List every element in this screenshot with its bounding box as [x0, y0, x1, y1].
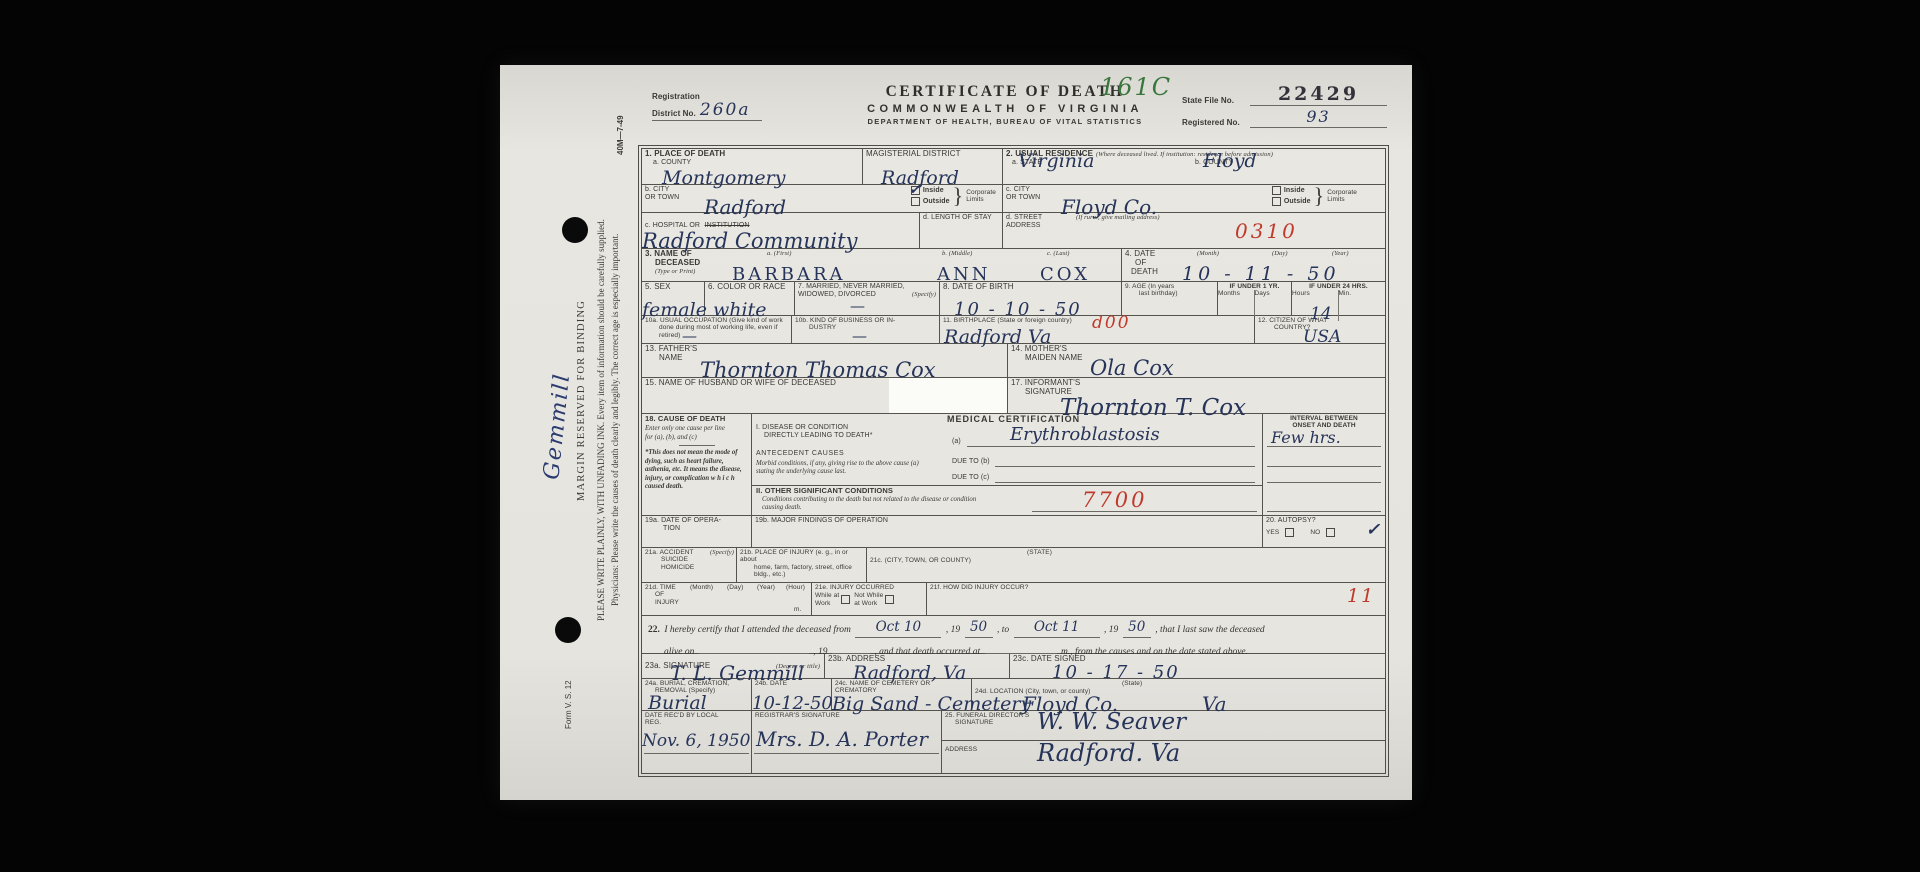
- spouse-cell: 15. NAME OF HUSBAND OR WIFE OF DECEASED: [642, 378, 1008, 413]
- registrar-label: REGISTRAR'S SIGNATURE: [755, 712, 938, 719]
- mother-name-cell: 14. MOTHER'S MAIDEN NAME Ola Cox: [1008, 344, 1385, 377]
- death-certificate-document: 40M—7-49 MARGIN RESERVED FOR BINDING PLE…: [500, 65, 1412, 800]
- limits-label: Limits: [966, 196, 996, 203]
- how-injury-cell: 21f. HOW DID INJURY OCCUR? 11: [927, 583, 1385, 615]
- cause-a-label: (a): [952, 438, 961, 446]
- commonwealth-subtitle: COMMONWEALTH OF VIRGINIA: [790, 103, 1220, 115]
- age-under-24hrs-cell: IF UNDER 24 HRS. Hours Min. 14: [1292, 282, 1385, 315]
- certify-text3: , to: [997, 625, 1009, 635]
- usual-residence-cell: 2. USUAL RESIDENCE (Where deceased lived…: [1003, 149, 1385, 184]
- row-accident: 21a. ACCIDENT SUICIDE HOMICIDE (Specify)…: [642, 548, 1385, 583]
- interval-line4: [1267, 511, 1381, 512]
- age-label2: last birthday): [1139, 290, 1214, 297]
- checkbox-while-at-work: [841, 595, 850, 604]
- injury-hour-label: (Hour): [786, 584, 805, 591]
- dod-year-label: (Year): [1332, 250, 1349, 257]
- margin-binding-note: MARGIN RESERVED FOR BINDING: [576, 185, 587, 615]
- length-of-stay-label: d. LENGTH OF STAY: [923, 214, 999, 222]
- injury-city-label: 21c. (CITY, TOWN, OR COUNTY): [870, 557, 971, 564]
- row-spouse-informant: 15. NAME OF HUSBAND OR WIFE OF DECEASED …: [642, 378, 1385, 414]
- burial-date-label: 24b. DATE: [755, 680, 828, 687]
- occupation-value: —: [682, 327, 697, 345]
- funeral-director-value: W. W. Seaver: [1037, 711, 1186, 734]
- autopsy-cell: 20. AUTOPSY? YES NO ✓: [1263, 516, 1385, 547]
- place-of-injury-cell: 21b. PLACE OF INJURY (e. g., in or about…: [737, 548, 867, 582]
- hospital-struck-word: INSTITUTION: [705, 222, 750, 229]
- name-of-deceased-cell: 3. NAME OF DECEASED (Type or Print) a. (…: [642, 249, 1122, 281]
- mother-label2: MAIDEN NAME: [1025, 354, 1382, 363]
- marital-label1: 7. MARRIED, NEVER MARRIED,: [798, 283, 936, 291]
- cause-note1: Enter only one cause per line: [645, 425, 748, 433]
- certify-text5: , that I last saw the deceased: [1155, 625, 1265, 635]
- color-race-label: 6. COLOR OR RACE: [708, 283, 791, 292]
- other-conditions-label: II. OTHER SIGNIFICANT CONDITIONS: [756, 487, 893, 495]
- margin-instruction-line1: PLEASE WRITE PLAINLY, WITH UNFADING INK.…: [596, 120, 606, 720]
- place-of-death-title: 1. PLACE OF DEATH: [645, 150, 859, 159]
- place-of-death-county-cell: 1. PLACE OF DEATH a. COUNTY Montgomery: [642, 149, 863, 184]
- disease-label1: I. DISEASE OR CONDITION: [756, 424, 848, 432]
- row-occupation-birthplace: 10a. USUAL OCCUPATION (Give kind of work…: [642, 316, 1385, 344]
- place-of-injury-label1: 21b. PLACE OF INJURY (e. g., in or about: [740, 549, 863, 564]
- medical-certification-title: MEDICAL CERTIFICATION: [947, 414, 1080, 424]
- birthplace-red-code: d00: [1092, 313, 1131, 333]
- marital-value: —: [850, 297, 865, 315]
- work-label: Work: [815, 600, 839, 607]
- citizen-cell: 12. CITIZEN OF WHAT COUNTRY? USA: [1255, 316, 1385, 343]
- margin-instruction-line2: Physicians: Please write the causes of d…: [610, 120, 620, 720]
- date-signed-cell: 23c. DATE SIGNED 10 - 17 - 50: [1010, 654, 1385, 678]
- time-injury-label2: OF: [655, 591, 679, 598]
- medical-certification-column: MEDICAL CERTIFICATION I. DISEASE OR COND…: [752, 414, 1263, 515]
- block-medical-certification: 18. CAUSE OF DEATH Enter only one cause …: [642, 414, 1385, 516]
- under-24hrs-label: IF UNDER 24 HRS.: [1292, 283, 1385, 290]
- checkbox-not-while-at-work: [885, 595, 894, 604]
- date-of-birth-cell: 8. DATE OF BIRTH 10 - 10 - 50: [940, 282, 1122, 315]
- registration-district-block: Registration District No. 260a: [652, 93, 762, 121]
- interval-value: Few hrs.: [1271, 430, 1341, 446]
- due-to-c-label: DUE TO (c): [952, 474, 989, 482]
- time-injury-label1: 21d. TIME: [645, 584, 679, 591]
- checkbox-autopsy-no: [1326, 528, 1335, 537]
- due-to-c-line: [995, 482, 1255, 483]
- row-burial: 24a. BURIAL, CREMATION, REMOVAL (Specify…: [642, 679, 1385, 711]
- business-label1: 10b. KIND OF BUSINESS OR IN-: [795, 317, 936, 324]
- street-address-note: (If rural, give mailing address): [1076, 214, 1160, 221]
- autopsy-label: 20. AUTOPSY?: [1266, 517, 1382, 525]
- registered-no-value: 93: [1306, 107, 1330, 126]
- burial-label1: 24a. BURIAL, CREMATION,: [645, 680, 748, 687]
- row-sex-race-age: 5. SEX female 6. COLOR OR RACE white 7. …: [642, 282, 1385, 316]
- cause-a-value: Erythroblastosis: [1010, 426, 1160, 444]
- cause-a-line: [967, 446, 1255, 447]
- morbid-note: Morbid conditions, if any, giving rise t…: [756, 460, 928, 477]
- injury-year-label: (Year): [757, 584, 775, 591]
- due-to-b-label: DUE TO (b): [952, 458, 990, 466]
- not-while-label: Not While: [854, 592, 883, 599]
- residence-corporate-limits-group: Inside Outside } Corporate Limits: [1272, 186, 1357, 206]
- age-under-1yr-cell: IF UNDER 1 YR. Months Days: [1218, 282, 1292, 315]
- brace-glyph: }: [953, 186, 964, 206]
- scan-background: 40M—7-49 MARGIN RESERVED FOR BINDING PLE…: [0, 0, 1920, 872]
- funeral-director-cell: 25. FUNERAL DIRECTOR'S SIGNATURE W. W. S…: [942, 711, 1385, 773]
- row-name-dod: 3. NAME OF DECEASED (Type or Print) a. (…: [642, 249, 1385, 282]
- injury-city-cell: 21c. (CITY, TOWN, OR COUNTY) (STATE): [867, 548, 1385, 582]
- middle-name-label: b. (Middle): [942, 250, 972, 257]
- outside-label: Outside: [923, 198, 950, 206]
- other-conditions-line: [1032, 511, 1257, 512]
- due-to-b-line: [995, 466, 1255, 467]
- county-label: a. COUNTY: [653, 159, 859, 167]
- first-name-label: a. (First): [767, 250, 791, 257]
- physician-address-cell: 23b. ADDRESS Radford, Va: [825, 654, 1010, 678]
- birthplace-cell: 11. BIRTHPLACE (State or foreign country…: [940, 316, 1255, 343]
- row-parents: 13. FATHER'S NAME Thornton Thomas Cox 14…: [642, 344, 1385, 378]
- certify-text2: , 19: [946, 625, 960, 635]
- attended-to-value: Oct 11: [1034, 619, 1080, 635]
- cause-note2: for (a), (b), and (c): [645, 434, 748, 442]
- antecedent-label: ANTECEDENT CAUSES: [756, 450, 844, 458]
- hospital-label: c. HOSPITAL OR: [645, 222, 700, 229]
- dod-day-label: (Day): [1272, 250, 1288, 257]
- row-place-residence: 1. PLACE OF DEATH a. COUNTY Montgomery M…: [642, 149, 1385, 185]
- residence-city-cell: c. CITY OR TOWN Floyd Co. Inside Outside…: [1003, 185, 1385, 212]
- date-of-death-cell: 4. DATE OF DEATH (Month) (Day) (Year) 10…: [1122, 249, 1385, 281]
- place-of-injury-label2: home, farm, factory, street, office bldg…: [754, 564, 863, 579]
- inside-label: Inside: [923, 187, 944, 195]
- other-conditions-note: Conditions contributing to the death but…: [762, 496, 997, 513]
- district-no-value: 260a: [700, 102, 751, 119]
- row-city-town: b. CITY OR TOWN Radford Inside Outside }…: [642, 185, 1385, 213]
- name-title2: DECEASED: [655, 259, 740, 268]
- marital-specify: (Specify): [912, 291, 936, 299]
- city-town-cell: b. CITY OR TOWN Radford Inside Outside }…: [642, 185, 1003, 212]
- street-address-red-code: 0310: [1235, 219, 1298, 243]
- injury-occurred-cell: 21e. INJURY OCCURRED While at Work: [812, 583, 927, 615]
- age-label1: 9. AGE (In years: [1125, 283, 1214, 290]
- sex-cell: 5. SEX female: [642, 282, 705, 315]
- name-note: (Type or Print): [655, 268, 740, 275]
- age-years-cell: 9. AGE (In years last birthday): [1122, 282, 1218, 315]
- file-number-block: State File No. 22429 Registered No. 93: [1182, 83, 1387, 128]
- checkbox-inside: [1272, 186, 1281, 195]
- physician-signature-cell: 23a. SIGNATURE (Degree or title) T. L. G…: [642, 654, 825, 678]
- interval-line1: [1267, 446, 1381, 447]
- row-certify-statement: 22. I hereby certify that I attended the…: [642, 616, 1385, 654]
- length-of-stay-cell: d. LENGTH OF STAY: [920, 213, 1003, 248]
- major-findings-cell: 19b. MAJOR FINDINGS OF OPERATION: [752, 516, 1263, 547]
- date-received-value: Nov. 6, 1950: [642, 733, 750, 750]
- state-file-value: 22429: [1278, 83, 1359, 105]
- autopsy-yes-label: YES: [1266, 529, 1279, 536]
- cause-note3: *This does not mean the mode of dying, s…: [645, 449, 748, 491]
- dod-month-label: (Month): [1197, 250, 1219, 257]
- outside-label: Outside: [1284, 198, 1311, 206]
- dod-label3: DEATH: [1131, 268, 1171, 277]
- major-findings-label: 19b. MAJOR FINDINGS OF OPERATION: [755, 517, 1259, 525]
- residence-county-value: Floyd: [1203, 152, 1257, 171]
- last-name-label: c. (Last): [1047, 250, 1070, 257]
- green-file-annotation: 161C: [1100, 75, 1172, 99]
- city-town-label: b. CITY OR TOWN: [645, 186, 681, 202]
- accident-label3: HOMICIDE: [661, 564, 733, 571]
- checkmark-icon: ✓: [1366, 520, 1380, 540]
- date-received-cell: DATE REC'D BY LOCAL REG. Nov. 6, 1950: [642, 711, 752, 773]
- injury-state-label: (STATE): [1027, 549, 1052, 556]
- burial-date-cell: 24b. DATE 10-12-50: [752, 679, 832, 710]
- residence-state-value: Virginia: [1018, 152, 1094, 171]
- correction-patch: [889, 378, 1007, 413]
- mother-name-value: Ola Cox: [1090, 358, 1174, 379]
- dob-label: 8. DATE OF BIRTH: [943, 283, 1118, 292]
- injury-m-label: m.: [794, 606, 801, 613]
- row-physician-signature: 23a. SIGNATURE (Degree or title) T. L. G…: [642, 654, 1385, 679]
- certify-text1: I hereby certify that I attended the dec…: [664, 625, 851, 635]
- burial-location-state-label: (State): [1122, 680, 1142, 687]
- district-no-label: District No.: [652, 110, 696, 119]
- checkmark-icon: ✓: [909, 182, 921, 198]
- date-of-operation-cell: 19a. DATE OF OPERA- TION: [642, 516, 752, 547]
- sex-label: 5. SEX: [645, 283, 701, 292]
- informant-cell: 17. INFORMANT'S SIGNATURE Thornton T. Co…: [1008, 378, 1385, 413]
- disease-label2: DIRECTLY LEADING TO DEATH*: [764, 432, 873, 440]
- certify-number: 22.: [648, 625, 660, 635]
- interval-label1: INTERVAL BETWEEN: [1266, 415, 1382, 422]
- checkbox-outside: [1272, 197, 1281, 206]
- while-at-label: While at: [815, 592, 839, 599]
- checkbox-outside: [911, 197, 920, 206]
- time-injury-label3: INJURY: [655, 599, 679, 606]
- time-of-injury-cell: 21d. TIME OF INJURY (Month) (Day) (Year)…: [642, 583, 812, 615]
- occupation-label2: done during most of working life, even i…: [659, 324, 788, 339]
- operation-label1: 19a. DATE OF OPERA-: [645, 517, 748, 525]
- cemetery-cell: 24c. NAME OF CEMETERY OR CREMATORY Big S…: [832, 679, 972, 710]
- street-address-label: d. STREET ADDRESS: [1006, 214, 1062, 230]
- operation-label2: TION: [663, 525, 748, 533]
- row-time-of-injury: 21d. TIME OF INJURY (Month) (Day) (Year)…: [642, 583, 1385, 616]
- attended-to-year: 50: [1128, 619, 1145, 635]
- injury-occurred-label: 21e. INJURY OCCURRED: [815, 584, 923, 591]
- interval-line3: [1267, 482, 1381, 483]
- occupation-label1: 10a. USUAL OCCUPATION (Give kind of work: [645, 317, 788, 324]
- registrar-signature-cell: REGISTRAR'S SIGNATURE Mrs. D. A. Porter: [752, 711, 942, 773]
- attended-from-value: Oct 10: [876, 619, 922, 635]
- injury-month-label: (Month): [690, 584, 713, 591]
- attended-from-year: 50: [970, 619, 987, 635]
- citizen-label1: 12. CITIZEN OF WHAT: [1258, 317, 1382, 324]
- street-address-cell: d. STREET ADDRESS (If rural, give mailin…: [1003, 213, 1385, 248]
- autopsy-no-label: NO: [1310, 529, 1320, 536]
- burial-type-cell: 24a. BURIAL, CREMATION, REMOVAL (Specify…: [642, 679, 752, 710]
- form-code-bottom: Form V. S. 12: [564, 660, 573, 750]
- how-injury-label: 21f. HOW DID INJURY OCCUR?: [930, 584, 1382, 591]
- business-label2: DUSTRY: [809, 324, 936, 331]
- funeral-address-value: Radford. Va: [1037, 741, 1180, 765]
- accident-cell: 21a. ACCIDENT SUICIDE HOMICIDE (Specify): [642, 548, 737, 582]
- occupation-cell: 10a. USUAL OCCUPATION (Give kind of work…: [642, 316, 792, 343]
- certify-text4: , 19: [1104, 625, 1118, 635]
- magisterial-district-cell: MAGISTERIAL DISTRICT Radford: [863, 149, 1003, 184]
- magisterial-district-label: MAGISTERIAL DISTRICT: [866, 150, 999, 159]
- cause-of-death-label: 18. CAUSE OF DEATH: [645, 415, 748, 423]
- color-race-cell: 6. COLOR OR RACE white: [705, 282, 795, 315]
- interval-column: INTERVAL BETWEEN ONSET AND DEATH Few hrs…: [1263, 414, 1385, 515]
- row-hospital-street: c. HOSPITAL OR INSTITUTION Radford Commu…: [642, 213, 1385, 249]
- business-value: —: [852, 327, 867, 345]
- at-work-label: at Work: [854, 600, 883, 607]
- date-received-label1: DATE REC'D BY LOCAL: [645, 712, 748, 719]
- department-line: DEPARTMENT OF HEALTH, BUREAU OF VITAL ST…: [790, 117, 1220, 126]
- date-received-label2: REG.: [645, 719, 748, 726]
- row-operation-autopsy: 19a. DATE OF OPERA- TION 19b. MAJOR FIND…: [642, 516, 1385, 548]
- certificate-form: 1. PLACE OF DEATH a. COUNTY Montgomery M…: [638, 145, 1389, 777]
- state-file-label: State File No.: [1182, 97, 1244, 106]
- father-label1: 13. FATHER'S: [645, 345, 1004, 354]
- residence-city-label: c. CITY OR TOWN: [1006, 186, 1042, 202]
- cause-of-death-column: 18. CAUSE OF DEATH Enter only one cause …: [642, 414, 752, 515]
- marital-status-cell: 7. MARRIED, NEVER MARRIED, WIDOWED, DIVO…: [795, 282, 940, 315]
- brace-glyph: }: [1314, 186, 1325, 206]
- corporate-label: Corporate: [1327, 189, 1357, 196]
- injury-day-label: (Day): [727, 584, 743, 591]
- row-registrar-funeral: DATE REC'D BY LOCAL REG. Nov. 6, 1950 RE…: [642, 711, 1385, 773]
- limits-label: Limits: [1327, 196, 1357, 203]
- father-name-cell: 13. FATHER'S NAME Thornton Thomas Cox: [642, 344, 1008, 377]
- under-1yr-label: IF UNDER 1 YR.: [1218, 283, 1291, 290]
- registrar-value: Mrs. D. A. Porter: [756, 729, 928, 749]
- other-conditions-red-code: 7700: [1082, 488, 1147, 512]
- inside-label: Inside: [1284, 187, 1305, 195]
- how-injury-red-code: 11: [1347, 585, 1375, 607]
- checkbox-autopsy-yes: [1285, 528, 1294, 537]
- punch-hole: [555, 617, 581, 643]
- business-cell: 10b. KIND OF BUSINESS OR IN- DUSTRY —: [792, 316, 940, 343]
- burial-location-cell: 24d. LOCATION (City, town, or county) (S…: [972, 679, 1385, 710]
- interval-line2: [1267, 466, 1381, 467]
- dod-label1: 4. DATE: [1125, 250, 1171, 259]
- hospital-cell: c. HOSPITAL OR INSTITUTION Radford Commu…: [642, 213, 920, 248]
- registered-no-label: Registered No.: [1182, 119, 1244, 128]
- accident-specify: (Specify): [710, 549, 734, 556]
- accident-label2: SUICIDE: [661, 556, 733, 563]
- corporate-label: Corporate: [966, 189, 996, 196]
- corporate-limits-group: Inside Outside } Corporate Limits ✓: [911, 186, 996, 206]
